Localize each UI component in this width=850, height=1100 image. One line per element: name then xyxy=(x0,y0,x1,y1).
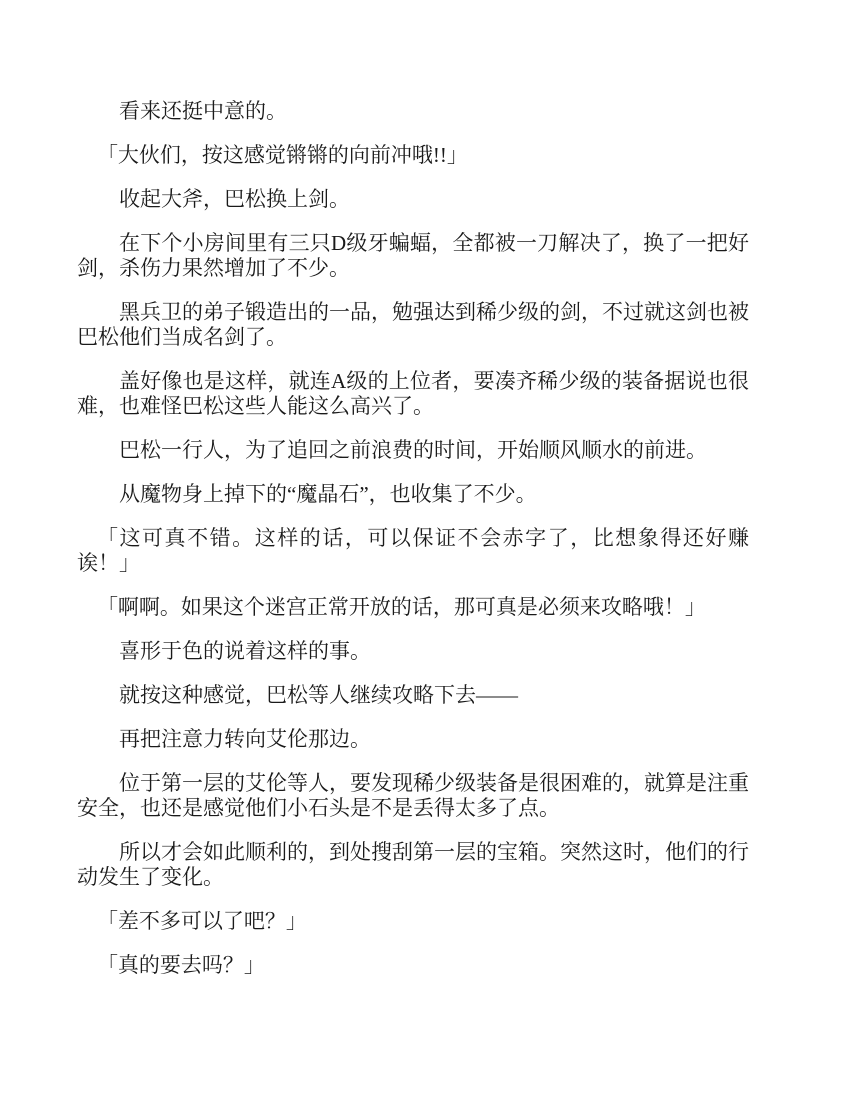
paragraph-12: 就按这种感觉，巴松等人继续攻略下去—— xyxy=(77,683,749,708)
paragraph-10: 「啊啊。如果这个迷宫正常开放的话，那可真是必须来攻略哦！」 xyxy=(77,595,749,620)
paragraph-1: 看来还挺中意的。 xyxy=(77,99,749,124)
page-content: 看来还挺中意的。「大伙们，按这感觉锵锵的向前冲哦!!」收起大斧，巴松换上剑。在下… xyxy=(77,99,749,978)
paragraph-16: 「差不多可以了吧？」 xyxy=(77,909,749,934)
paragraph-6: 盖好像也是这样，就连A级的上位者，要凑齐稀少级的装备据说也很难，也难怪巴松这些人… xyxy=(77,369,749,419)
paragraph-11: 喜形于色的说着这样的事。 xyxy=(77,639,749,664)
paragraph-7: 巴松一行人，为了追回之前浪费的时间，开始顺风顺水的前进。 xyxy=(77,438,749,463)
paragraph-15: 所以才会如此顺利的，到处搜刮第一层的宝箱。突然这时，他们的行动发生了变化。 xyxy=(77,840,749,890)
paragraph-2: 「大伙们，按这感觉锵锵的向前冲哦!!」 xyxy=(77,143,749,168)
page: 看来还挺中意的。「大伙们，按这感觉锵锵的向前冲哦!!」收起大斧，巴松换上剑。在下… xyxy=(0,0,850,1100)
paragraph-14: 位于第一层的艾伦等人，要发现稀少级装备是很困难的，就算是注重安全，也还是感觉他们… xyxy=(77,771,749,821)
paragraph-9: 「这可真不错。这样的话，可以保证不会赤字了，比想象得还好赚诶！」 xyxy=(77,526,749,576)
paragraph-4: 在下个小房间里有三只D级牙蝙蝠，全都被一刀解决了，换了一把好剑，杀伤力果然增加了… xyxy=(77,231,749,281)
paragraph-13: 再把注意力转向艾伦那边。 xyxy=(77,727,749,752)
paragraph-5: 黑兵卫的弟子锻造出的一品，勉强达到稀少级的剑，不过就这剑也被巴松他们当成名剑了。 xyxy=(77,300,749,350)
document-page: { "page": { "background": "#ffffff", "te… xyxy=(0,0,850,1100)
paragraph-17: 「真的要去吗？」 xyxy=(77,953,749,978)
paragraph-8: 从魔物身上掉下的“魔晶石”，也收集了不少。 xyxy=(77,482,749,507)
paragraph-3: 收起大斧，巴松换上剑。 xyxy=(77,187,749,212)
